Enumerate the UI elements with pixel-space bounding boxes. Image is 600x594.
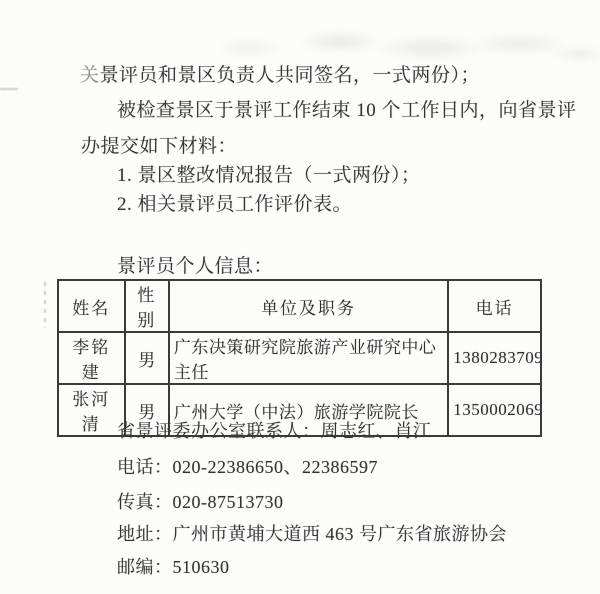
contact-phone-line: 电话：020-22386650、22386597 [117, 453, 378, 479]
body-line-deadline: 被检查景区于景评工作结束 10 个工作日内，向省景评 [117, 95, 577, 122]
contact-postcode-line: 邮编：510630 [117, 553, 230, 579]
body-line-materials: 办提交如下材料： [81, 131, 237, 158]
evaluator-info-table: 姓名 性别 单位及职务 电话 李铭建 男 广东决策研究院旅游产业研究中心主任 1… [57, 279, 542, 437]
cell-gender: 男 [125, 332, 169, 384]
scanned-document-page: 关景评员和景区负责人共同签名，一式两份）； 被检查景区于景评工作结束 10 个工… [0, 0, 600, 594]
cell-name: 张河清 [58, 384, 125, 436]
cell-phone: 13802837090 [448, 332, 541, 384]
cell-phone: 13500020698 [448, 384, 541, 436]
cell-unit: 广东决策研究院旅游产业研究中心主任 [169, 332, 448, 384]
scan-ghosting-artifact [0, 14, 600, 62]
list-item-1: 1. 景区整改情况报告（一式两份）； [117, 160, 421, 187]
contact-address-line: 地址：广州市黄埔大道西 463 号广东省旅游协会 [117, 520, 507, 546]
header-name: 姓名 [58, 280, 125, 332]
table-row: 李铭建 男 广东决策研究院旅游产业研究中心主任 13802837090 [58, 332, 541, 384]
scan-dash-artifact [0, 88, 18, 90]
list-item-2: 2. 相关景评员工作评价表。 [117, 189, 352, 216]
header-unit-title: 单位及职务 [169, 280, 448, 332]
contact-persons-line: 省景评委办公室联系人：周志红、肖江 [117, 417, 432, 443]
contact-fax-line: 传真：020-87513730 [117, 488, 284, 514]
header-phone: 电话 [448, 280, 541, 332]
body-line-signature: 关景评员和景区负责人共同签名，一式两份）； [80, 60, 480, 87]
table-header-row: 姓名 性别 单位及职务 电话 [58, 280, 541, 332]
cell-name: 李铭建 [58, 332, 125, 384]
table-title: 景评员个人信息： [117, 251, 273, 278]
header-gender: 性别 [125, 280, 169, 332]
scan-tick-artifact [44, 282, 46, 328]
